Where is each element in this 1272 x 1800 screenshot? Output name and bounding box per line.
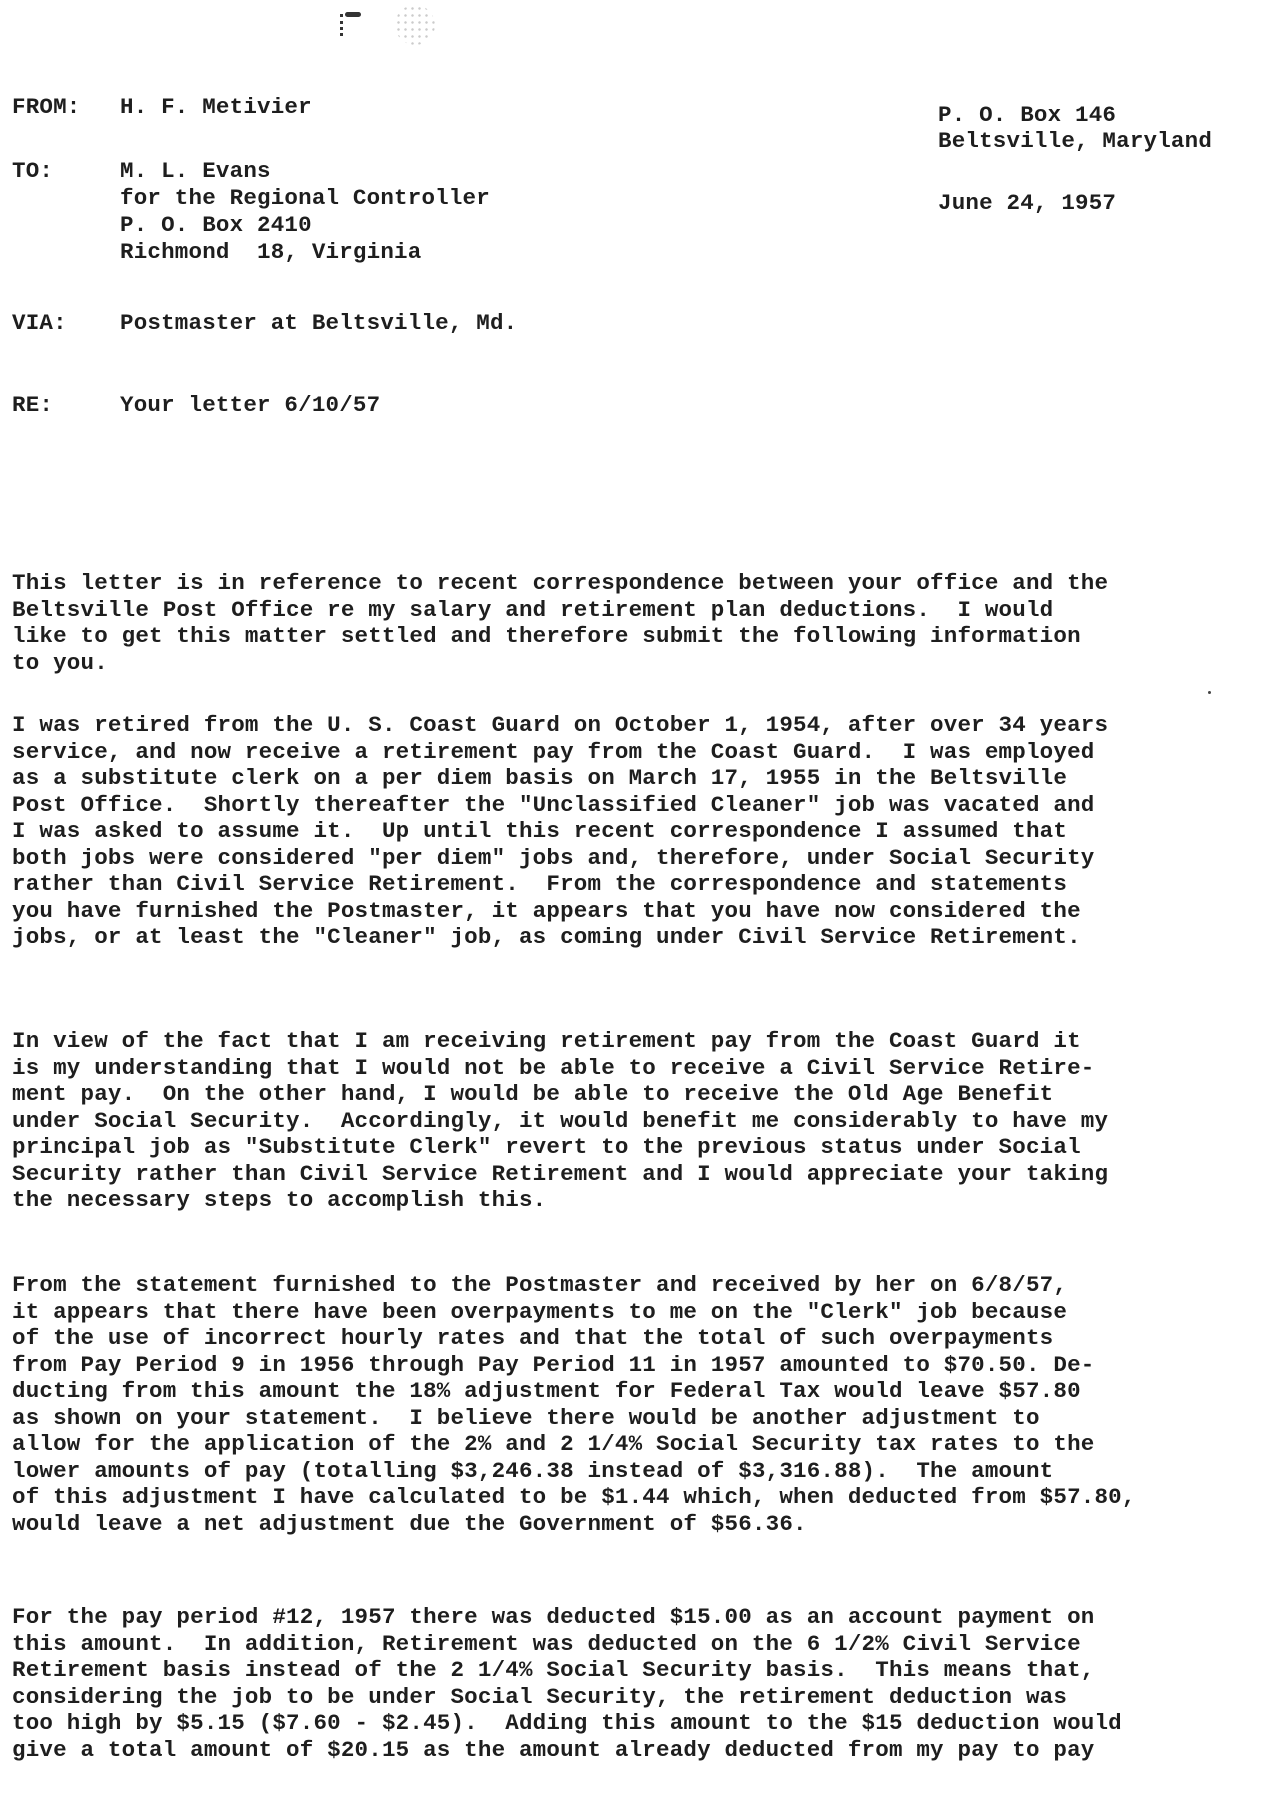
re-label: RE: <box>12 392 53 418</box>
letter-date: June 24, 1957 <box>938 190 1116 216</box>
paragraph-line: principal job as "Substitute Clerk" reve… <box>12 1134 1081 1160</box>
to-label: TO: <box>12 158 53 184</box>
paragraph-line: both jobs were considered "per diem" job… <box>12 845 1094 871</box>
from-value: H. F. Metivier <box>120 94 312 120</box>
paragraph-line: allow for the application of the 2% and … <box>12 1431 1094 1457</box>
paragraph-line: would leave a net adjustment due the Gov… <box>12 1511 807 1537</box>
paragraph-line: give a total amount of $20.15 as the amo… <box>12 1737 1094 1763</box>
paper-speckle <box>395 5 435 45</box>
to-line: for the Regional Controller <box>120 185 490 211</box>
paragraph-line: I was asked to assume it. Up until this … <box>12 818 1067 844</box>
paragraph-line: For the pay period #12, 1957 there was d… <box>12 1604 1094 1630</box>
paragraph-line: considering the job to be under Social S… <box>12 1684 1067 1710</box>
sender-address-line: Beltsville, Maryland <box>938 128 1212 154</box>
via-label: VIA: <box>12 310 67 336</box>
to-line: P. O. Box 2410 <box>120 212 312 238</box>
ink-smudge <box>340 14 353 36</box>
paragraph-line: rather than Civil Service Retirement. Fr… <box>12 871 1067 897</box>
paragraph-line: From the statement furnished to the Post… <box>12 1272 1067 1298</box>
paragraph-line: Retirement basis instead of the 2 1/4% S… <box>12 1657 1094 1683</box>
paragraph-line: it appears that there have been overpaym… <box>12 1299 1067 1325</box>
paragraph-line: you have furnished the Postmaster, it ap… <box>12 898 1081 924</box>
from-label: FROM: <box>12 94 81 120</box>
paragraph-line: Beltsville Post Office re my salary and … <box>12 597 1053 623</box>
ink-dot <box>1208 691 1211 694</box>
re-value: Your letter 6/10/57 <box>120 392 380 418</box>
paragraph-line: under Social Security. Accordingly, it w… <box>12 1108 1108 1134</box>
paragraph-line: of the use of incorrect hourly rates and… <box>12 1325 1053 1351</box>
via-value: Postmaster at Beltsville, Md. <box>120 310 517 336</box>
paragraph-line: to you. <box>12 650 108 676</box>
paragraph-line: as shown on your statement. I believe th… <box>12 1405 1040 1431</box>
paragraph-line: of this adjustment I have calculated to … <box>12 1484 1136 1510</box>
paragraph-line: service, and now receive a retirement pa… <box>12 739 1094 765</box>
paragraph-line: as a substitute clerk on a per diem basi… <box>12 765 1067 791</box>
paragraph-line: this amount. In addition, Retirement was… <box>12 1631 1081 1657</box>
paragraph-line: the necessary steps to accomplish this. <box>12 1187 546 1213</box>
paragraph-line: This letter is in reference to recent co… <box>12 570 1108 596</box>
paragraph-line: ment pay. On the other hand, I would be … <box>12 1081 1053 1107</box>
paragraph-line: I was retired from the U. S. Coast Guard… <box>12 712 1108 738</box>
to-line: Richmond 18, Virginia <box>120 239 421 265</box>
paragraph-line: In view of the fact that I am receiving … <box>12 1028 1081 1054</box>
paragraph-line: Security rather than Civil Service Retir… <box>12 1161 1108 1187</box>
paragraph-line: lower amounts of pay (totalling $3,246.3… <box>12 1458 1053 1484</box>
paragraph-line: Post Office. Shortly thereafter the "Unc… <box>12 792 1094 818</box>
paragraph-line: jobs, or at least the "Cleaner" job, as … <box>12 924 1081 950</box>
paragraph-line: like to get this matter settled and ther… <box>12 623 1081 649</box>
to-line: M. L. Evans <box>120 158 271 184</box>
sender-address-line: P. O. Box 146 <box>938 102 1116 128</box>
paragraph-line: from Pay Period 9 in 1956 through Pay Pe… <box>12 1352 1094 1378</box>
paragraph-line: ducting from this amount the 18% adjustm… <box>12 1378 1081 1404</box>
paragraph-line: is my understanding that I would not be … <box>12 1055 1094 1081</box>
paragraph-line: too high by $5.15 ($7.60 - $2.45). Addin… <box>12 1710 1122 1736</box>
